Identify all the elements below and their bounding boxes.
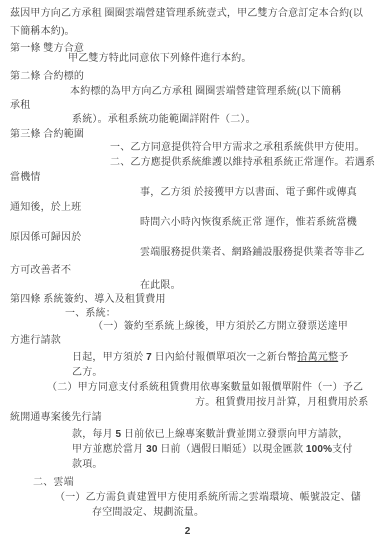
text-segment: 下簡稱本約)。 [10,26,75,37]
text-segment: 予 [338,352,348,363]
text-segment: 款項。 [72,459,103,470]
text-line: 時間六小時內恢復系統正常 運作，惟若系統當機 [140,217,357,229]
text-segment: 存空間設定、規劃流量。 [92,507,204,518]
text-segment: （一）簽約至系統上線後，甲方須於乙方開立發票送達甲 [93,321,348,332]
text-line: 方進行請款 [10,335,61,347]
text-line: 方。租賃費用按月計算，月租費用於系 [195,397,368,409]
text-segment: 日前（遇假日順延）以現金匯款 [158,444,306,455]
text-segment: 茲因甲方向乙方承租 圈圈雲端營建管理系統壹式，甲乙雙方合意訂定本合約(以 [10,8,363,19]
text-segment: 承租 [10,100,30,111]
text-segment: 款，每月 [72,429,116,440]
text-segment: 方。租賃費用按月計算，月租費用於系 [195,397,368,408]
text-line: 日起，甲方須於 7 日內給付報價單項次一之新台幣拾萬元整予 [72,352,348,364]
text-segment: 通知後，於上班 [10,202,81,213]
text-line: 一、乙方同意提供符合甲方需求之承租系統供甲方使用。 [110,142,365,154]
text-segment: 日內給付報價單項次一之新台幣 [152,352,298,363]
text-segment: 統開通專案後先行請 [10,412,102,423]
text-line: 方可改善者不 [10,265,71,277]
text-line: 雲端服務提供業者、網路鋪設服務提供業者等非乙 [140,247,364,259]
text-line: 第二條 合約標的 [10,71,84,83]
text-segment: 事，乙方須 於接獲甲方以書面、電子郵件或傳真 [140,187,357,198]
text-line: 甲方並應於當月 30 日前（遇假日順延）以現金匯款 100%支付 [72,444,353,456]
text-segment: 當機情 [10,172,41,183]
page-number: 2 [0,526,375,537]
underlined-amount: 拾萬元整 [297,352,338,363]
text-segment: 雲端服務提供業者、網路鋪設服務提供業者等非乙 [140,247,364,258]
text-segment: 本約標的為甲方向乙方承租 圈圈雲端營建管理系統(以下簡稱 [70,86,341,97]
text-segment: 原因係可歸因於 [10,232,81,243]
text-line: 事，乙方須 於接獲甲方以書面、電子郵件或傳真 [140,187,357,199]
text-line: 第三條 合約範圍 [10,129,84,141]
text-line: 二、乙方應提供系統維護以維持承租系統正常運作。若遇系統 [110,157,375,169]
text-segment: 日起，甲方須於 [72,352,146,363]
text-segment: 第三條 合約範圍 [10,129,84,140]
text-line: （一）乙方需負責建置甲方使用系統所需之雲端環境、帳號設定、儲 [55,492,361,504]
text-segment: 第二條 合約標的 [10,71,84,82]
text-line: 茲因甲方向乙方承租 圈圈雲端營建管理系統壹式，甲乙雙方合意訂定本合約(以 [10,8,363,20]
text-line: 統開通專案後先行請 [10,412,102,424]
text-line: 一、系統： [65,308,116,320]
text-line: 款，每月 5 日前依已上線專案數計費並開立發票向甲方請款， [72,429,348,441]
text-segment: 二、乙方應提供系統維護以維持承租系統正常運作。若遇系統 [110,157,375,168]
text-segment: 100% [306,444,332,455]
text-segment: 30 [146,444,158,455]
text-line: 款項。 [72,459,103,471]
text-segment: （二）甲方同意支付系統租賃費用依專案數量如報價單附件（一）予乙 [47,382,363,393]
text-segment: 第四條 系統簽約、導入及租賃費用 [10,294,166,305]
text-line: （一）簽約至系統上線後，甲方須於乙方開立發票送達甲 [93,321,348,333]
text-segment: 方進行請款 [10,335,61,346]
text-segment: 方可改善者不 [10,265,71,276]
text-line: 原因係可歸因於 [10,232,81,244]
text-line: 承租 [10,100,30,112]
text-segment: 一、系統： [65,308,116,319]
text-line: 本約標的為甲方向乙方承租 圈圈雲端營建管理系統(以下簡稱 [70,86,341,98]
text-segment: 支付 [332,444,352,455]
text-line: 下簡稱本約)。 [10,26,75,38]
text-line: 系統）。承租系統功能範圍詳附件（二）。 [72,114,256,126]
text-line: 二、雲端 [33,477,74,489]
text-line: 在此限。 [140,280,181,292]
text-line: 當機情 [10,172,41,184]
text-segment: 乙方。 [72,367,103,378]
text-segment: 一、乙方同意提供符合甲方需求之承租系統供甲方使用。 [110,142,365,153]
text-segment: （一）乙方需負責建置甲方使用系統所需之雲端環境、帳號設定、儲 [55,492,361,503]
text-segment: 甲乙雙方特此同意依下列條件進行本約。 [68,53,252,64]
text-line: 第四條 系統簽約、導入及租賃費用 [10,294,166,306]
text-segment: 甲方並應於當月 [72,444,146,455]
text-line: 存空間設定、規劃流量。 [92,507,204,519]
text-segment: 日前依已上線專案數計費並開立發票向甲方請款， [121,429,348,440]
text-line: 乙方。 [72,367,103,379]
text-segment: 在此限。 [140,280,181,291]
document-page: 茲因甲方向乙方承租 圈圈雲端營建管理系統壹式，甲乙雙方合意訂定本合約(以下簡稱本… [0,0,375,550]
text-segment: 系統）。承租系統功能範圍詳附件（二）。 [72,114,256,125]
text-segment: 時間六小時內恢復系統正常 運作，惟若系統當機 [140,217,357,228]
text-line: 通知後，於上班 [10,202,81,214]
text-line: 甲乙雙方特此同意依下列條件進行本約。 [68,53,252,65]
text-line: （二）甲方同意支付系統租賃費用依專案數量如報價單附件（一）予乙 [47,382,363,394]
text-segment: 二、雲端 [33,477,74,488]
